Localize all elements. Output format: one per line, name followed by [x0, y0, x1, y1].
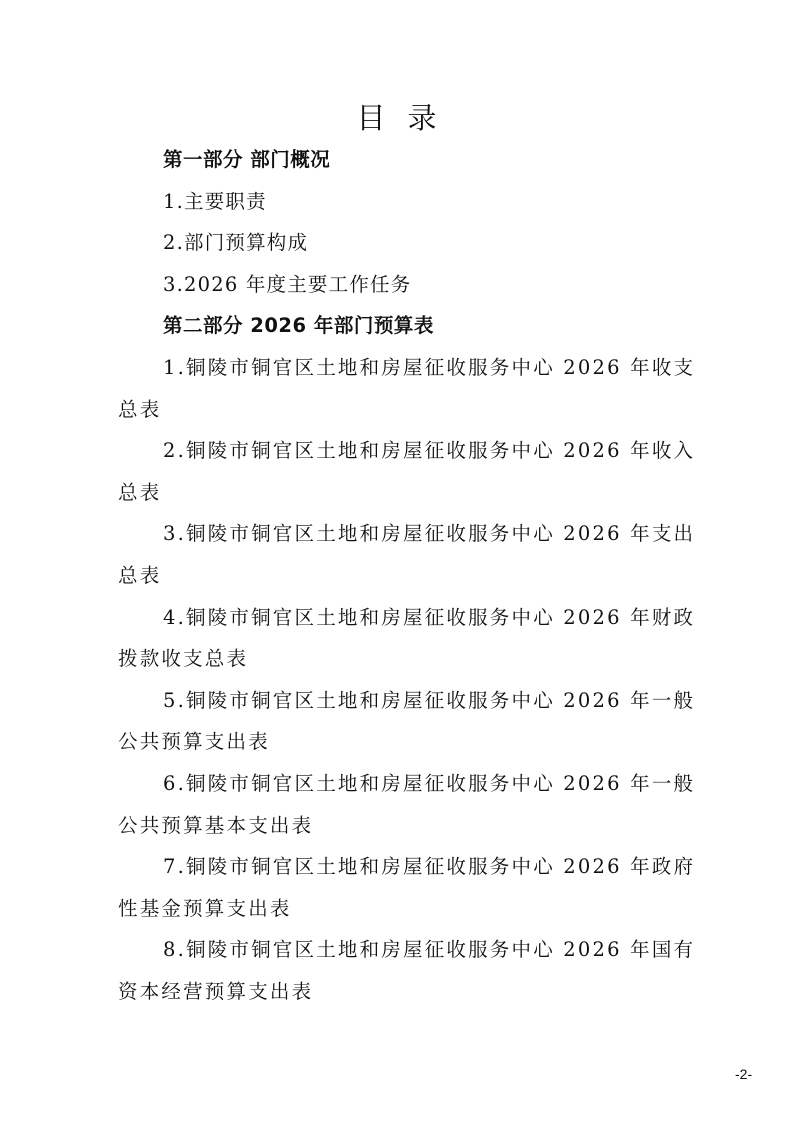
toc-item-budget-composition[interactable]: 2.部门预算构成 [118, 222, 674, 264]
table-of-contents: 第一部分 部门概况 1.主要职责 2.部门预算构成 3.2026 年度主要工作任… [118, 139, 674, 1012]
toc-entry-government-fund[interactable]: 7.铜陵市铜官区土地和房屋征收服务中心 2026 年政府 性基金预算支出表 [118, 846, 674, 929]
toc-entry-line1: 1.铜陵市铜官区土地和房屋征收服务中心 2026 年收支 [118, 347, 674, 389]
toc-entry-line1: 4.铜陵市铜官区土地和房屋征收服务中心 2026 年财政 [118, 597, 674, 639]
toc-item-annual-tasks[interactable]: 3.2026 年度主要工作任务 [118, 264, 674, 306]
toc-entry-fiscal-appropriation[interactable]: 4.铜陵市铜官区土地和房屋征收服务中心 2026 年财政 拨款收支总表 [118, 597, 674, 680]
toc-entry-line2: 总表 [118, 389, 674, 431]
toc-entry-line2: 性基金预算支出表 [118, 888, 674, 930]
toc-title: 目录 [0, 98, 793, 138]
toc-entry-line2: 总表 [118, 555, 674, 597]
toc-entry-general-public-budget[interactable]: 5.铜陵市铜官区土地和房屋征收服务中心 2026 年一般 公共预算支出表 [118, 680, 674, 763]
toc-entry-line2: 总表 [118, 472, 674, 514]
toc-entry-line2: 资本经营预算支出表 [118, 971, 674, 1013]
part-one-heading[interactable]: 第一部分 部门概况 [118, 139, 674, 181]
toc-entry-line2: 拨款收支总表 [118, 638, 674, 680]
toc-entry-state-capital[interactable]: 8.铜陵市铜官区土地和房屋征收服务中心 2026 年国有 资本经营预算支出表 [118, 929, 674, 1012]
toc-entry-line1: 5.铜陵市铜官区土地和房屋征收服务中心 2026 年一般 [118, 680, 674, 722]
toc-entry-expense-summary[interactable]: 3.铜陵市铜官区土地和房屋征收服务中心 2026 年支出 总表 [118, 513, 674, 596]
toc-item-main-duties[interactable]: 1.主要职责 [118, 181, 674, 223]
toc-entry-line1: 7.铜陵市铜官区土地和房屋征收服务中心 2026 年政府 [118, 846, 674, 888]
toc-entry-line2: 公共预算支出表 [118, 721, 674, 763]
toc-entry-income-expense-summary[interactable]: 1.铜陵市铜官区土地和房屋征收服务中心 2026 年收支 总表 [118, 347, 674, 430]
toc-entry-general-public-basic[interactable]: 6.铜陵市铜官区土地和房屋征收服务中心 2026 年一般 公共预算基本支出表 [118, 763, 674, 846]
document-page: 目录 第一部分 部门概况 1.主要职责 2.部门预算构成 3.2026 年度主要… [0, 0, 793, 1122]
toc-entry-line2: 公共预算基本支出表 [118, 805, 674, 847]
toc-entry-line1: 3.铜陵市铜官区土地和房屋征收服务中心 2026 年支出 [118, 513, 674, 555]
toc-entry-line1: 2.铜陵市铜官区土地和房屋征收服务中心 2026 年收入 [118, 430, 674, 472]
part-two-heading[interactable]: 第二部分 2026 年部门预算表 [118, 305, 674, 347]
page-number: -2- [735, 1066, 752, 1082]
toc-entry-income-summary[interactable]: 2.铜陵市铜官区土地和房屋征收服务中心 2026 年收入 总表 [118, 430, 674, 513]
toc-entry-line1: 8.铜陵市铜官区土地和房屋征收服务中心 2026 年国有 [118, 929, 674, 971]
toc-entry-line1: 6.铜陵市铜官区土地和房屋征收服务中心 2026 年一般 [118, 763, 674, 805]
